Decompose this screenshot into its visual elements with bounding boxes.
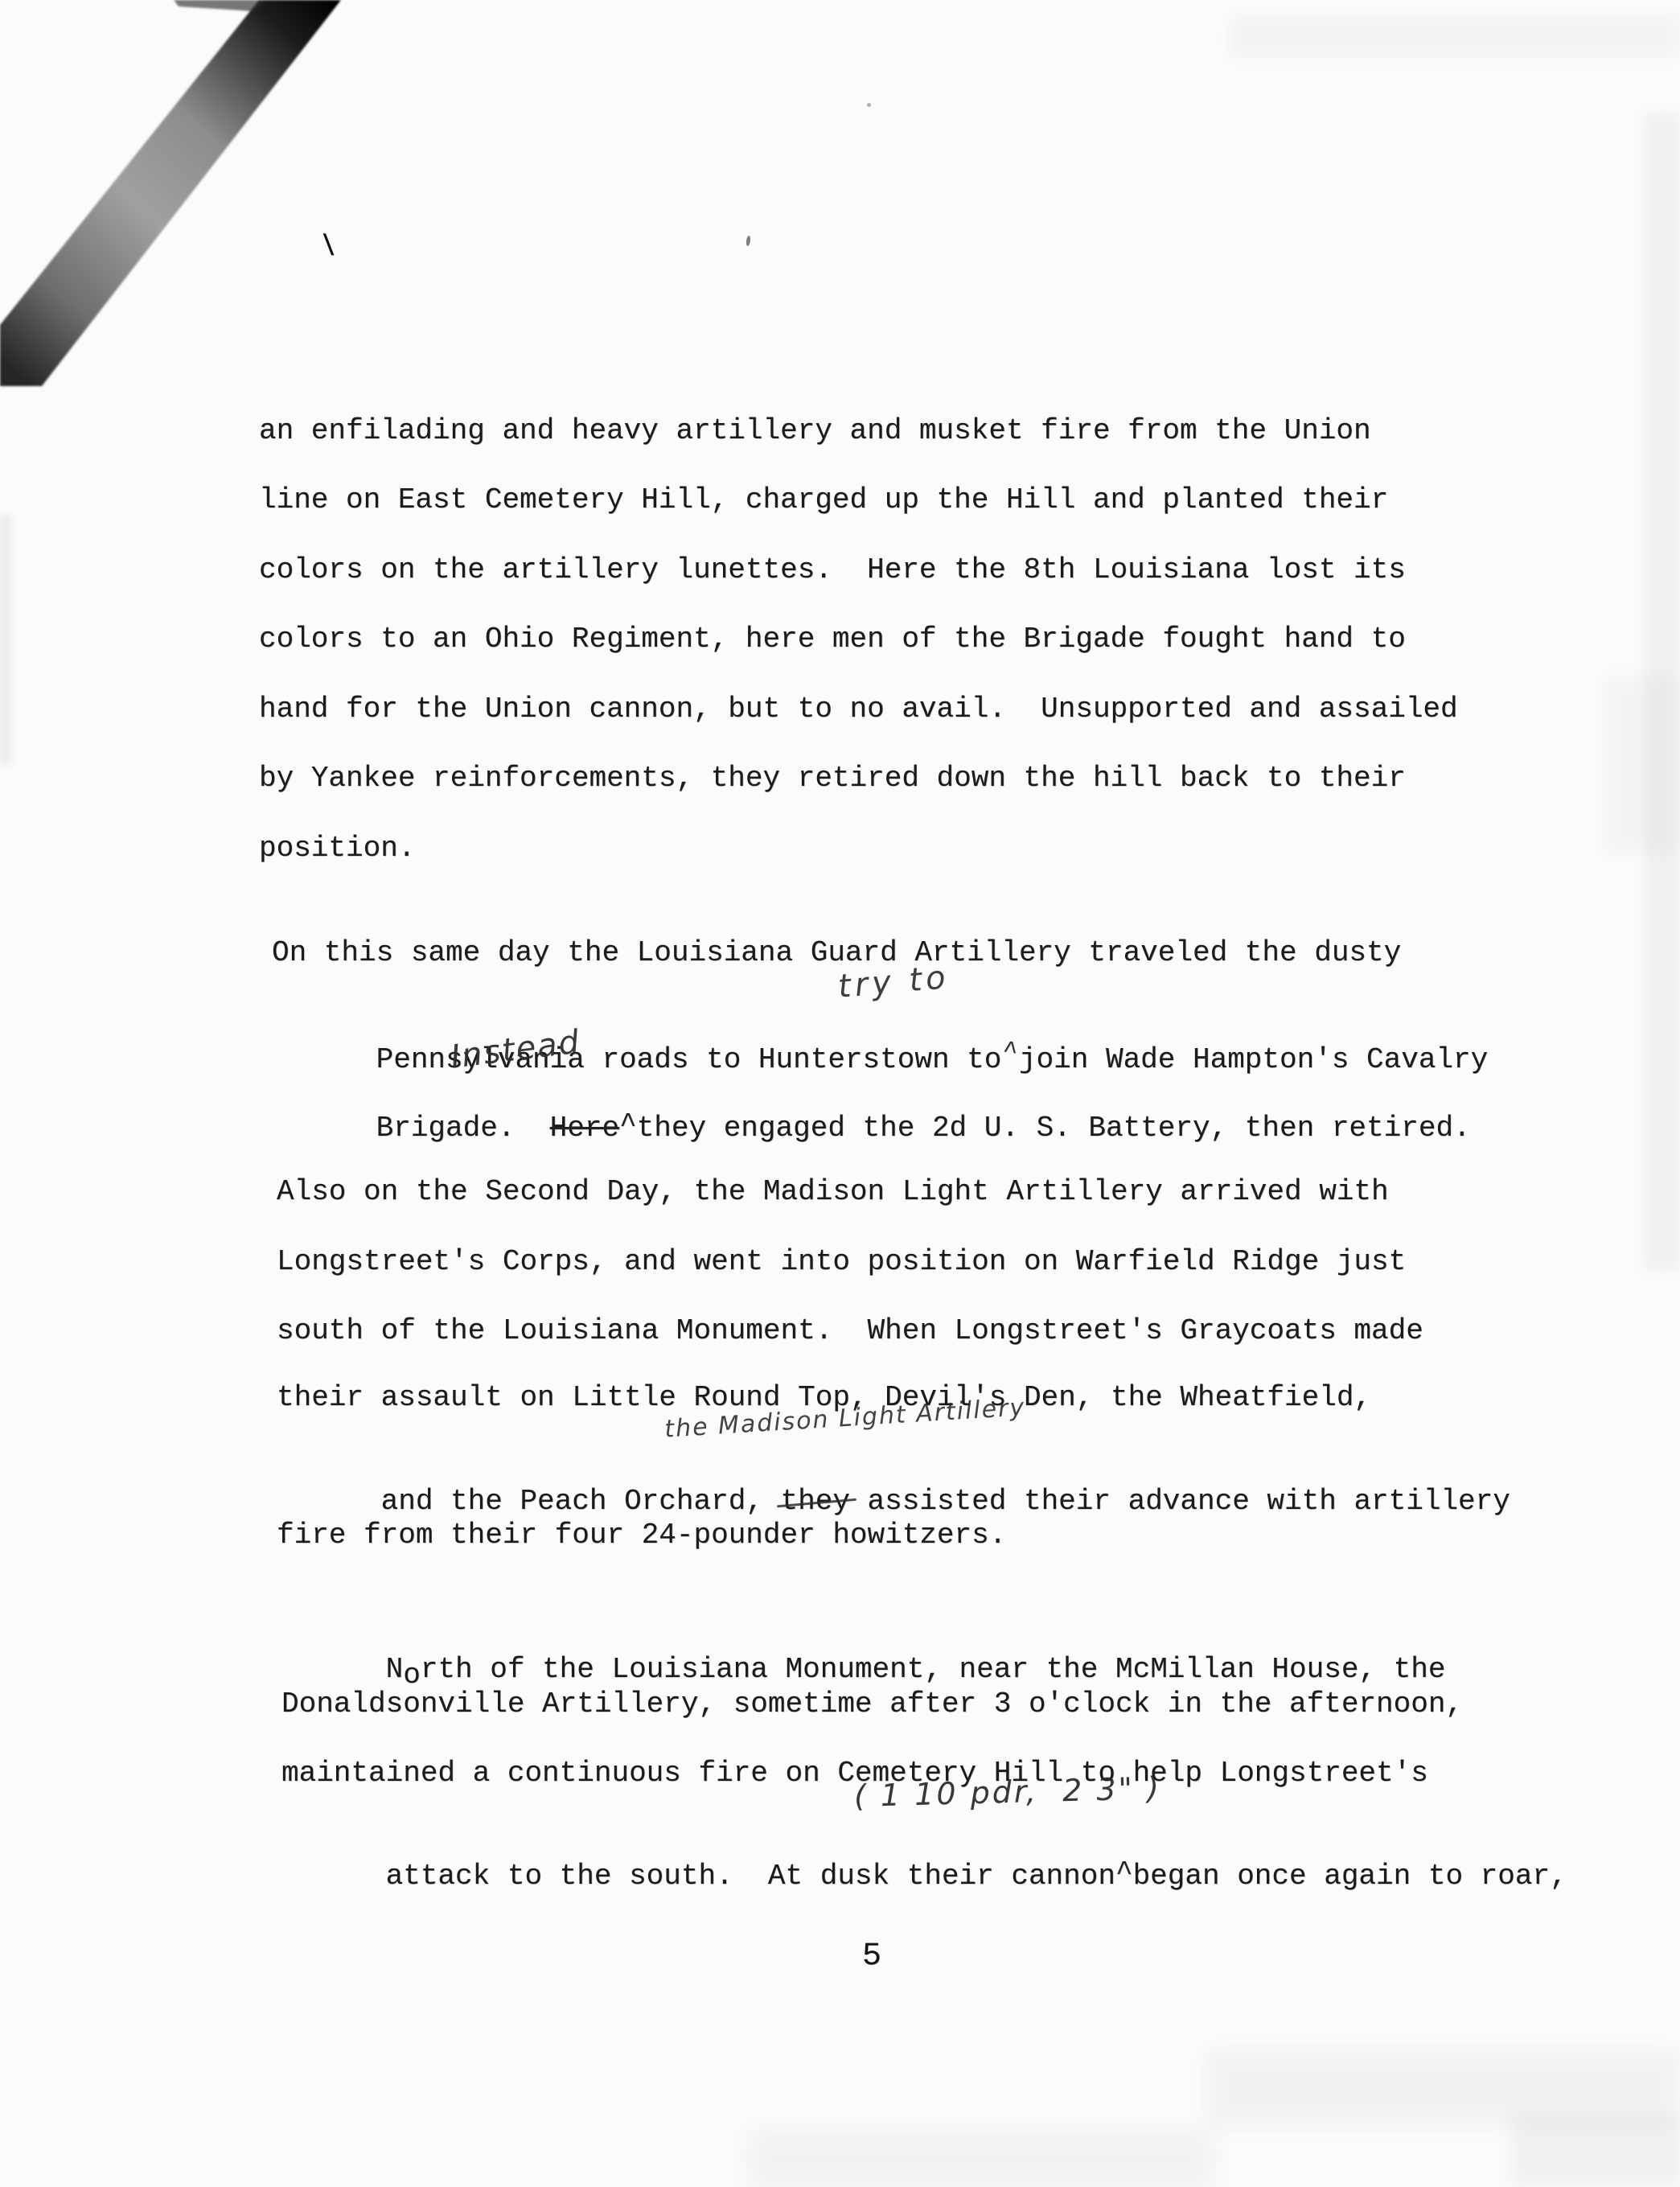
scan-smudge-bottom-right — [1206, 2049, 1680, 2127]
typed-line-with-edit: Brigade. Here^they engaged the 2d U. S. … — [272, 1075, 1471, 1182]
typed-segment: they engaged the 2d U. S. Battery, then … — [637, 1112, 1471, 1145]
typed-segment: began once again to roar, — [1133, 1860, 1567, 1893]
scan-streak-right-edge — [1644, 113, 1680, 1271]
typed-line: an enfilading and heavy artillery and mu… — [259, 413, 1371, 449]
typed-line: On this same day the Louisiana Guard Art… — [272, 935, 1401, 971]
insertion-caret: ^ — [619, 1108, 637, 1143]
scan-streak-right-mid — [1605, 676, 1680, 853]
typed-line: Also on the Second Day, the Madison Ligh… — [277, 1174, 1389, 1210]
typed-line: colors on the artillery lunettes. Here t… — [259, 553, 1406, 588]
typed-line-with-insert: attack to the south. At dusk their canno… — [281, 1823, 1567, 1930]
scan-smudge-bottom-corner — [1512, 2115, 1680, 2187]
typed-segment: N — [386, 1653, 404, 1686]
typed-line: line on East Cemetery Hill, charged up t… — [259, 483, 1388, 518]
typed-segment: rth of the Louisiana Monument, near the … — [421, 1653, 1446, 1686]
scan-smudge-bottom-center — [748, 2130, 1214, 2187]
handwritten-note-cannon-types: ( 1 10 pdr, 2 3" ) — [853, 1770, 1161, 1814]
typed-segment: assisted their advance with artillery — [850, 1485, 1510, 1518]
typed-line: position. — [259, 831, 415, 866]
insertion-caret: ^ — [999, 1033, 1021, 1071]
struck-word-here: Here — [550, 1112, 619, 1145]
typed-line: Longstreet's Corps, and went into positi… — [277, 1244, 1406, 1280]
typed-line: colors to an Ohio Regiment, here men of … — [259, 622, 1406, 657]
typed-line: by Yankee reinforcements, they retired d… — [259, 761, 1406, 796]
scan-streak-left-edge — [0, 515, 11, 764]
typed-line: fire from their four 24-pounder howitzer… — [277, 1518, 1006, 1553]
pen-slash-mark: \ — [320, 228, 338, 259]
typed-segment: Brigade. — [376, 1112, 550, 1145]
typed-segment: attack to the south. At dusk their canno… — [386, 1860, 1115, 1893]
ink-speck — [867, 103, 871, 107]
typed-segment: and the Peach Orchard, — [381, 1485, 781, 1518]
scan-smudge-top-right — [1230, 16, 1680, 58]
insertion-caret: ^ — [1115, 1856, 1133, 1891]
typed-line: Donaldsonville Artillery, sometime after… — [281, 1687, 1463, 1722]
page-corner-fold-artifact — [0, 0, 378, 386]
struck-word-they: they — [781, 1485, 850, 1518]
typed-line: south of the Louisiana Monument. When Lo… — [277, 1313, 1423, 1349]
ink-speck — [746, 236, 751, 247]
scanned-typescript-page: \ an enfilading and heavy artillery and … — [0, 0, 1680, 2187]
typed-segment: join Wade Hampton's Cavalry — [1019, 1043, 1488, 1076]
page-number: 5 — [862, 1938, 881, 1975]
typed-line: hand for the Union cannon, but to no ava… — [259, 692, 1458, 727]
